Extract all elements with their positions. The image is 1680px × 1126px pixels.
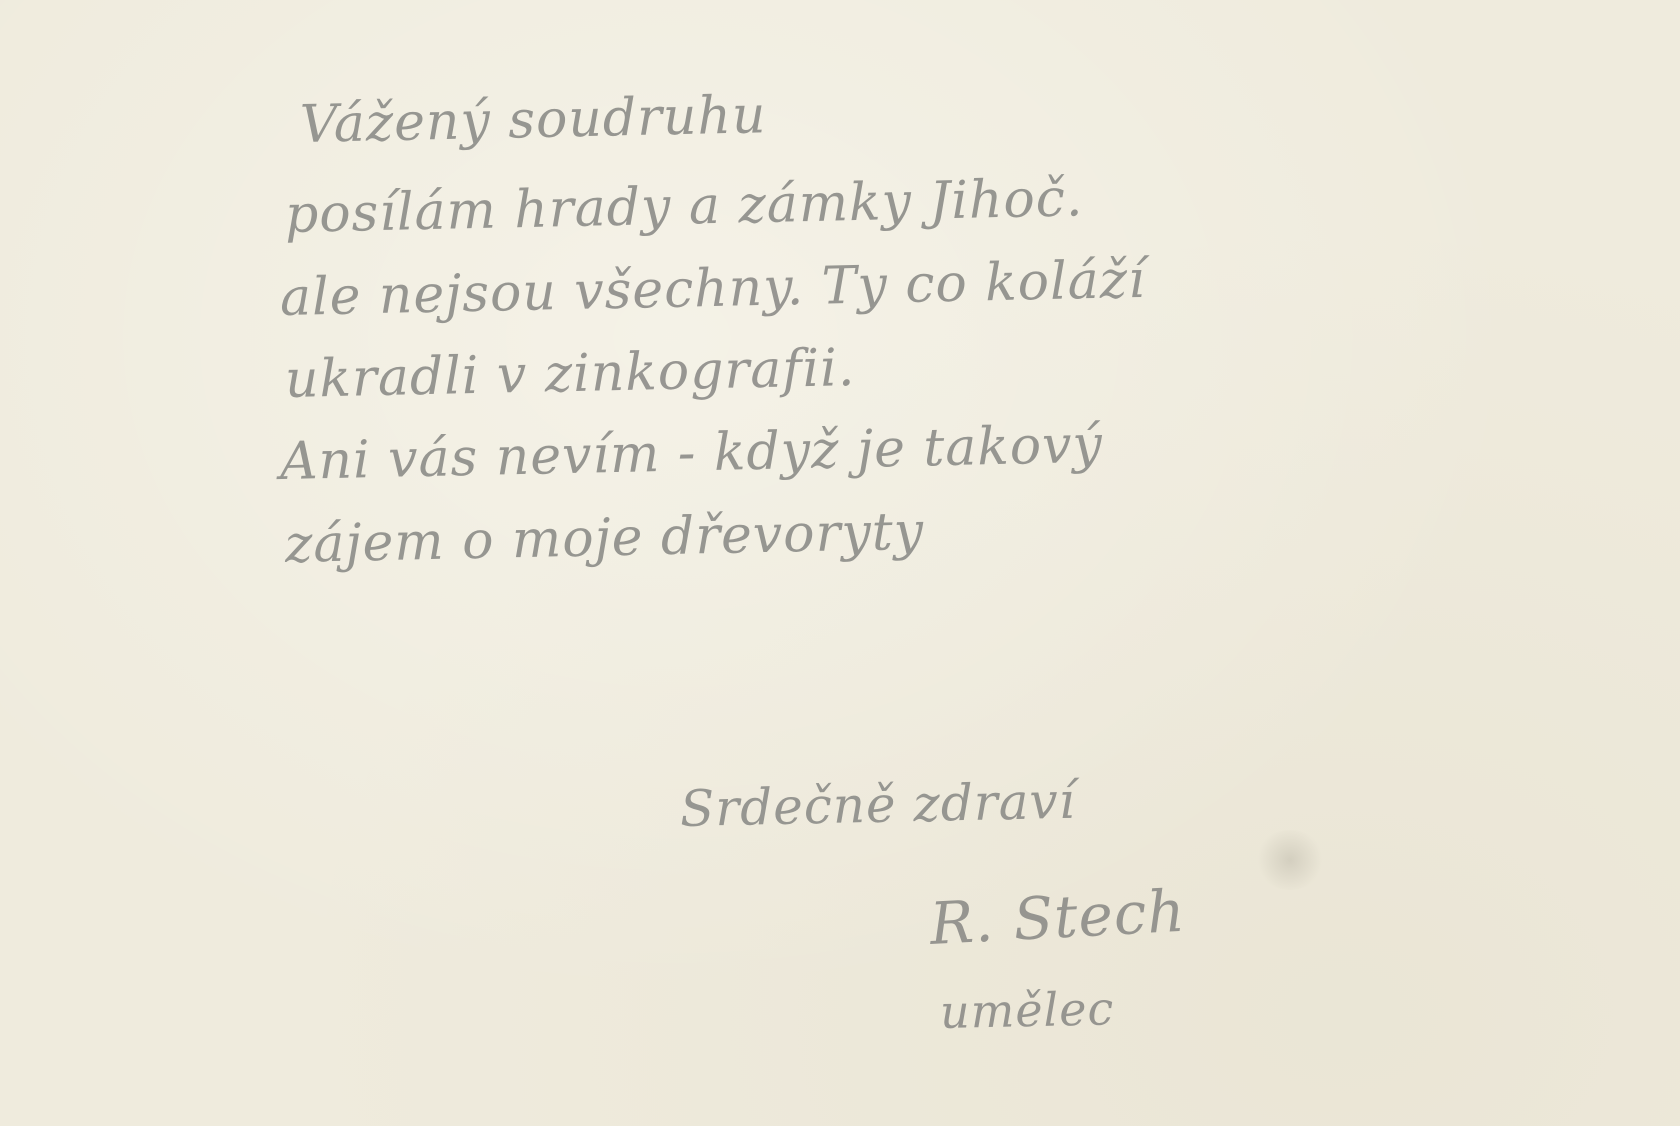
body-line-3: ukradli v zinkografii. [284, 338, 856, 410]
closing-greeting: Srdečně zdraví [679, 772, 1076, 838]
signature-title: umělec [939, 981, 1114, 1039]
salutation-line: Vážený soudruhu [299, 85, 767, 155]
pencil-smudge [1255, 830, 1325, 890]
signature: R. Stech [928, 877, 1187, 958]
